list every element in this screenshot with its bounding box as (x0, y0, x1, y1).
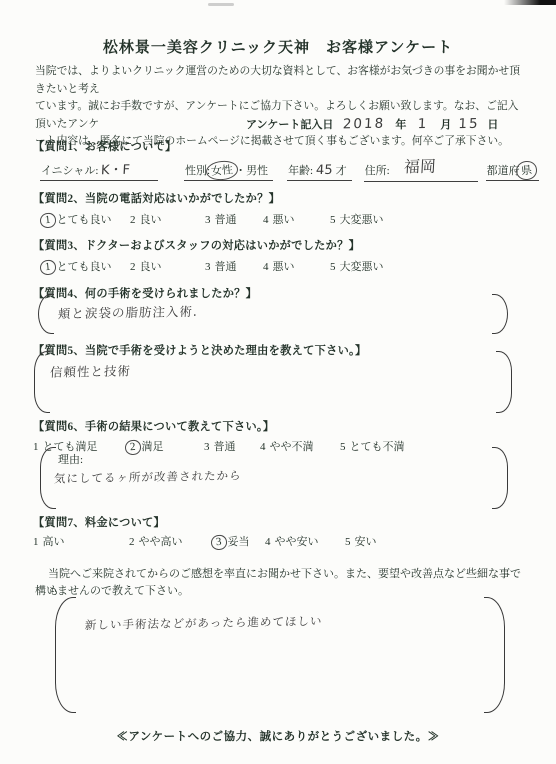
q7-option-2: 2 やや高い (129, 533, 215, 549)
q2-option-2-num: 2 (130, 214, 136, 226)
q2-option-2-label: 良い (140, 211, 162, 227)
q4-box-right-paren (492, 294, 508, 334)
q2-option-2: 2 良い (130, 211, 205, 227)
date-day-unit: 日 (487, 116, 498, 132)
q4-answer-box: 頬と涙袋の脂肪注入術. (38, 294, 508, 334)
comment-box-left-paren (55, 597, 76, 713)
scanned-survey-page: 松林景一美容クリニック天神 お客様アンケート 当院では、よりよいクリニック運営の… (0, 0, 556, 764)
q7-option-5-label: 安い (355, 533, 377, 549)
survey-date-line: アンケート記入日 2018 年 1 月 15 日 (246, 116, 498, 132)
q7-options: 1 高い 2 やや高い 3 妥当 4 やや安い 5 安い (33, 533, 377, 549)
comment-box-right-paren (484, 597, 505, 713)
q7-option-2-num: 2 (129, 536, 135, 548)
q3-header: 【質問3、ドクターおよびスタッフの対応はいかがでしたか？】 (33, 237, 360, 253)
gender-option-female: 女性 (205, 160, 239, 182)
free-comment-box: 新しい手術法などがあったら進めてほしい (55, 597, 505, 713)
q7-option-5-num: 5 (345, 536, 351, 548)
q3-option-5-num: 5 (330, 261, 336, 273)
address-unit-field: 都道府 県 (486, 162, 539, 181)
address-label: 住所: (365, 162, 390, 178)
q7-option-4-num: 4 (265, 536, 271, 548)
date-label: アンケート記入日 (246, 116, 333, 132)
q2-option-3-num: 3 (205, 214, 211, 226)
q3-option-1-num: 1 (39, 259, 56, 275)
q3-option-1-label: とても良い (57, 258, 112, 274)
q2-option-5-num: 5 (330, 214, 336, 226)
q7-option-3: 3 妥当 (215, 533, 265, 549)
q6-header: 【質問6、手術の結果について教えて下さい。】 (33, 418, 274, 434)
age-label: 年齢: (288, 162, 313, 178)
q7-option-4-label: やや安い (275, 533, 319, 549)
q3-option-5-label: 大変悪い (340, 258, 384, 274)
q7-header: 【質問7、料金について】 (33, 514, 165, 530)
q4-box-left-paren (38, 294, 54, 334)
footer-thanks: ≪アンケートへのご協力、誠にありがとうございました。≫ (0, 728, 556, 744)
intro-line-1: 当院では、よりよいクリニック運営のための大切な資料として、お客様がお気づきの事を… (35, 63, 529, 98)
q6-box-right-paren (492, 447, 508, 509)
address-value: 福岡 (403, 154, 436, 178)
age-value: 45 (316, 163, 333, 178)
date-month-value: 1 (406, 116, 441, 133)
gender-option-male: 男性 (246, 162, 268, 178)
q7-option-1-num: 1 (33, 536, 39, 548)
q7-option-1-label: 高い (43, 533, 65, 549)
q2-header: 【質問2、当院の電話対応はいかがでしたか？】 (33, 190, 280, 206)
q6-reason-label: 理由: (58, 451, 83, 467)
q1-fields: イニシャル: K・F 性別: 女性 ・ 男性 年齢: 45 才 住所: 福岡 都… (40, 156, 539, 182)
initial-field: イニシャル: K・F (40, 159, 158, 181)
q2-option-4-num: 4 (263, 214, 269, 226)
q3-option-5: 5 大変悪い (330, 258, 384, 274)
q3-option-3-num: 3 (205, 261, 211, 273)
q7-option-2-label: やや高い (139, 533, 183, 549)
q3-option-3: 3 普通 (205, 258, 263, 274)
q6-option-1-num: 1 (33, 441, 39, 453)
scan-artifact-top-right (504, 0, 556, 5)
q6-reason-box: 理由: 気にしてるヶ所が改善されたから (40, 447, 508, 509)
q5-box-right-paren (496, 351, 512, 413)
q5-answer: 信頼性と技術 (49, 361, 131, 380)
q3-option-4-num: 4 (263, 261, 269, 273)
q3-option-2-num: 2 (130, 261, 136, 273)
q2-option-5-label: 大変悪い (340, 211, 384, 227)
q2-option-4-label: 悪い (273, 211, 295, 227)
initial-label: イニシャル: (41, 162, 98, 178)
q3-option-3-label: 普通 (215, 258, 237, 274)
q1-header: 【質問1、お客様について】 (33, 138, 177, 154)
address-unit-prefix: 都道府 (487, 162, 520, 178)
q7-option-5: 5 安い (345, 533, 377, 549)
q3-option-4-label: 悪い (273, 258, 295, 274)
q3-option-4: 4 悪い (263, 258, 330, 274)
q5-box-left-paren (34, 351, 50, 413)
gender-field: 性別: 女性 ・ 男性 (184, 162, 273, 181)
q3-option-2: 2 良い (130, 258, 205, 274)
q2-option-3: 3 普通 (205, 211, 263, 227)
q7-option-4: 4 やや安い (265, 533, 345, 549)
q6-reason-answer: 気にしてるヶ所が改善されたから (53, 467, 242, 486)
initial-value: K・F (101, 159, 131, 179)
age-unit: 才 (336, 162, 347, 178)
q7-option-3-label: 妥当 (228, 533, 250, 549)
scan-artifact-top-center (208, 3, 234, 6)
date-year-value: 2018 (333, 115, 396, 132)
q2-option-5: 5 大変悪い (330, 211, 384, 227)
q3-options: 1 とても良い 2 良い 3 普通 4 悪い 5 大変悪い (44, 258, 384, 274)
q2-option-3-label: 普通 (215, 211, 237, 227)
age-field: 年齢: 45 才 (287, 162, 352, 181)
q4-answer: 頬と涙袋の脂肪注入術. (57, 302, 198, 322)
q2-options: 1 とても良い 2 良い 3 普通 4 悪い 5 大変悪い (44, 211, 384, 227)
page-title: 松林景一美容クリニック天神 お客様アンケート (0, 36, 556, 57)
q3-option-2-label: 良い (140, 258, 162, 274)
q3-option-1: 1 とても良い (44, 258, 130, 274)
q2-option-1-label: とても良い (57, 211, 112, 227)
free-comment-answer: 新しい手術法などがあったら進めてほしい (84, 613, 322, 633)
q7-option-3-num: 3 (210, 534, 227, 550)
q7-option-1: 1 高い (33, 533, 129, 549)
address-field: 住所: 福岡 (364, 156, 478, 182)
q2-option-1-num: 1 (39, 212, 56, 228)
q5-answer-box: 信頼性と技術 (34, 351, 512, 413)
q2-option-1: 1 とても良い (44, 211, 130, 227)
q2-option-4: 4 悪い (263, 211, 330, 227)
date-day-value: 15 (451, 116, 488, 133)
